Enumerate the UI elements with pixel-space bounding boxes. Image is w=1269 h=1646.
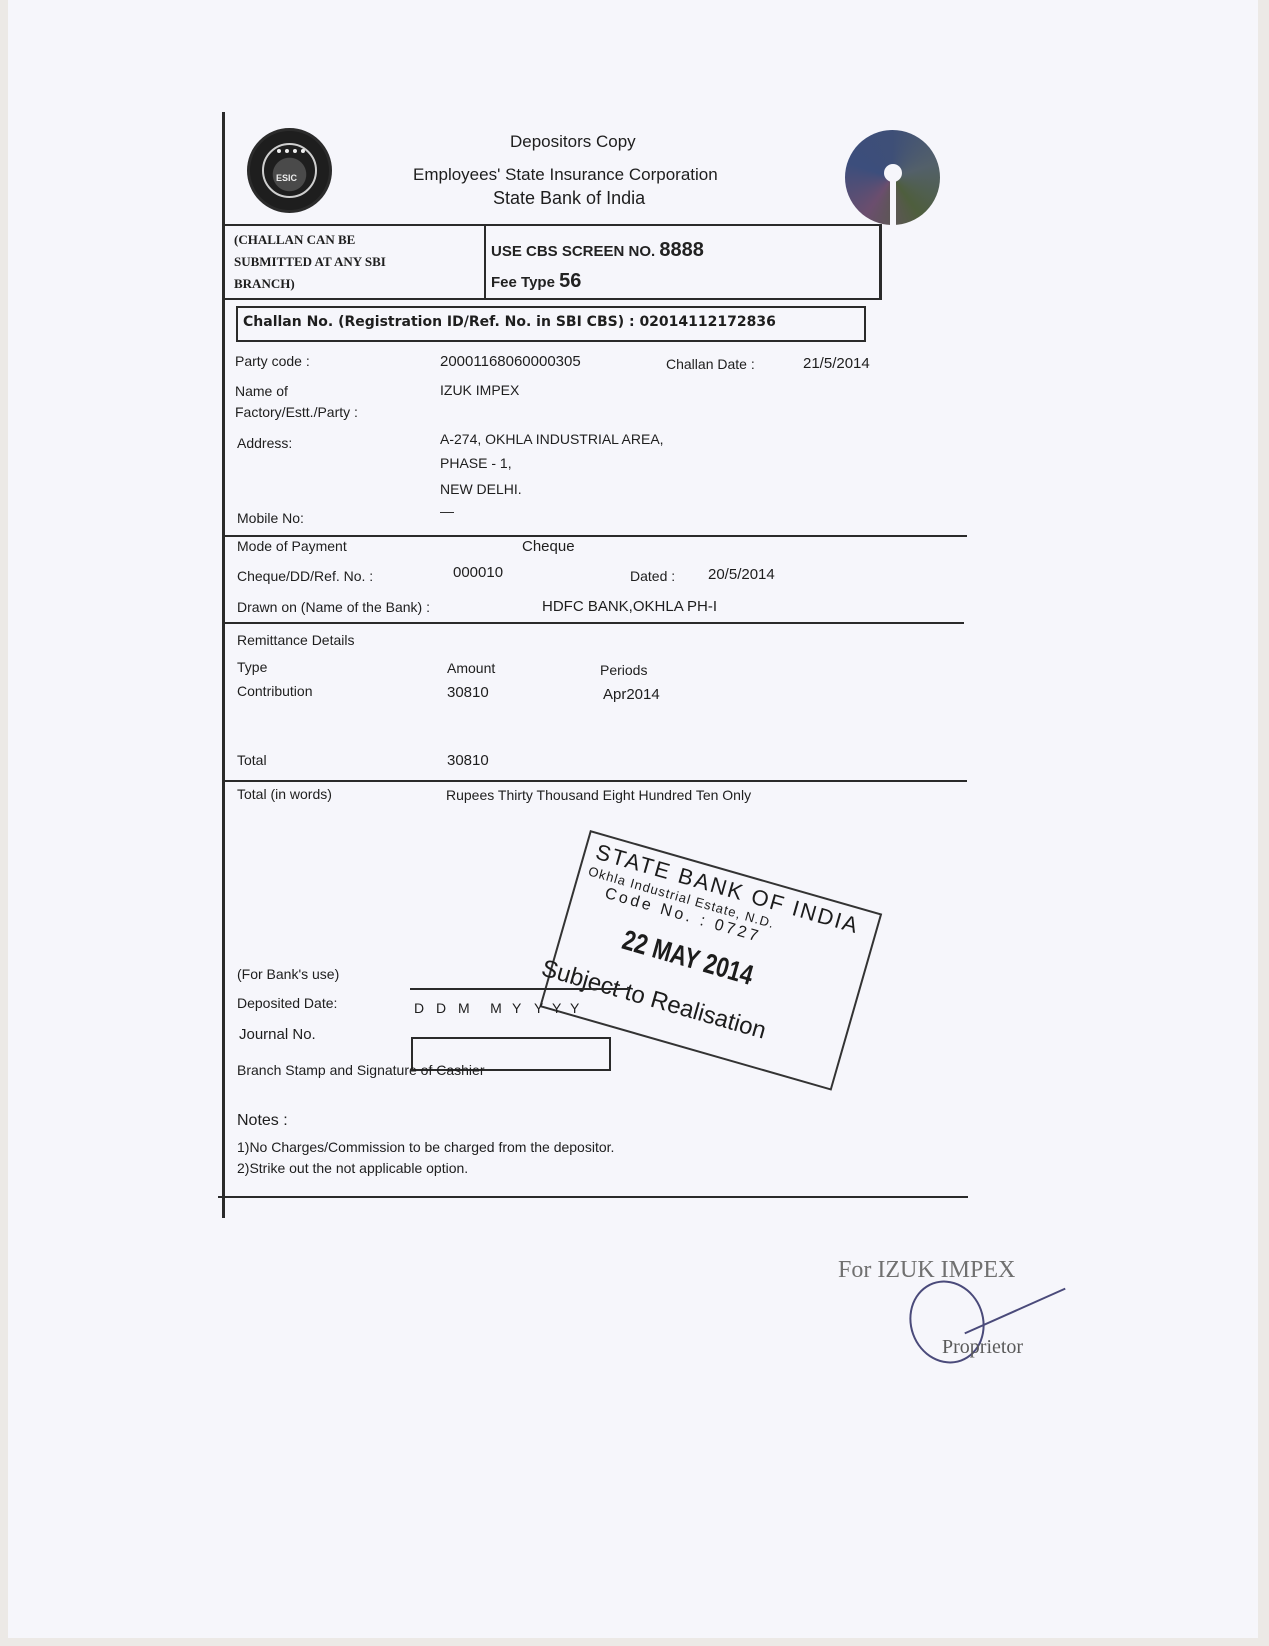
party-code: 20001168060000305: [440, 353, 581, 370]
bank-name: State Bank of India: [493, 188, 645, 209]
total-amount: 30810: [447, 752, 489, 769]
total-words: Rupees Thirty Thousand Eight Hundred Ten…: [446, 787, 751, 803]
col-amount: Amount: [447, 660, 495, 676]
org-name: Employees' State Insurance Corporation: [413, 165, 718, 185]
challan-number: Challan No. (Registration ID/Ref. No. in…: [243, 314, 776, 330]
cheque-date: 20/5/2014: [708, 566, 775, 583]
col-periods: Periods: [600, 662, 647, 678]
sbi-logo-icon: [845, 130, 940, 225]
drawn-on-bank: HDFC BANK,OKHLA PH-I: [542, 598, 717, 615]
address-line-3: NEW DELHI.: [440, 481, 522, 497]
party-code-label: Party code :: [235, 353, 310, 369]
branch-stamp-label: Branch Stamp and Signature of Cashier: [237, 1062, 484, 1078]
total-words-label: Total (in words): [237, 786, 332, 802]
row-period: Apr2014: [603, 686, 660, 703]
mode-label: Mode of Payment: [237, 538, 347, 554]
cbs-screen-no: 8888: [659, 239, 704, 261]
journal-label: Journal No.: [239, 1026, 316, 1043]
row-type: Contribution: [237, 683, 313, 699]
payment-mode: Cheque: [522, 538, 575, 555]
bank-use-title: (For Bank's use): [237, 966, 339, 982]
row-amount: 30810: [447, 684, 489, 701]
notes-title: Notes :: [237, 1112, 288, 1130]
address-line-2: PHASE - 1,: [440, 455, 512, 471]
party-name: IZUK IMPEX: [440, 382, 519, 398]
note-1: 1)No Charges/Commission to be charged fr…: [237, 1139, 614, 1155]
note-2: 2)Strike out the not applicable option.: [237, 1160, 468, 1176]
deposited-date-field[interactable]: DDMMYYYY: [414, 1000, 588, 1016]
divider: [218, 1196, 968, 1198]
address-label: Address:: [237, 435, 292, 451]
fee-type: Fee Type 56: [491, 270, 581, 293]
signature-company: For IZUK IMPEX: [838, 1257, 1015, 1284]
esic-logo-icon: ESIC: [247, 128, 332, 213]
dated-label: Dated :: [630, 568, 675, 584]
cheque-no: 000010: [453, 564, 503, 581]
cbs-screen: USE CBS SCREEN NO. 8888: [491, 239, 704, 262]
drawn-on-label: Drawn on (Name of the Bank) :: [237, 599, 430, 615]
divider: [222, 535, 967, 537]
copy-label: Depositors Copy: [510, 132, 636, 152]
name-label: Name of: [235, 383, 288, 399]
deposited-date-label: Deposited Date:: [237, 995, 337, 1011]
divider: [222, 622, 964, 624]
challan-date-label: Challan Date :: [666, 356, 755, 372]
mobile-label: Mobile No:: [237, 510, 304, 526]
address-line-1: A-274, OKHLA INDUSTRIAL AREA,: [440, 431, 664, 447]
branch-notice: (CHALLAN CAN BE SUBMITTED AT ANY SBI BRA…: [234, 229, 386, 295]
signature-role: Proprietor: [942, 1336, 1023, 1359]
mobile-value: —: [440, 503, 454, 519]
left-border: [222, 112, 225, 1218]
challan-date: 21/5/2014: [803, 355, 870, 372]
col-type: Type: [237, 659, 267, 675]
name-label-2: Factory/Estt./Party :: [235, 404, 358, 420]
remittance-title: Remittance Details: [237, 632, 355, 648]
total-label: Total: [237, 752, 267, 768]
fee-type-value: 56: [559, 270, 581, 292]
cheque-no-label: Cheque/DD/Ref. No. :: [237, 568, 373, 584]
divider: [222, 780, 967, 782]
